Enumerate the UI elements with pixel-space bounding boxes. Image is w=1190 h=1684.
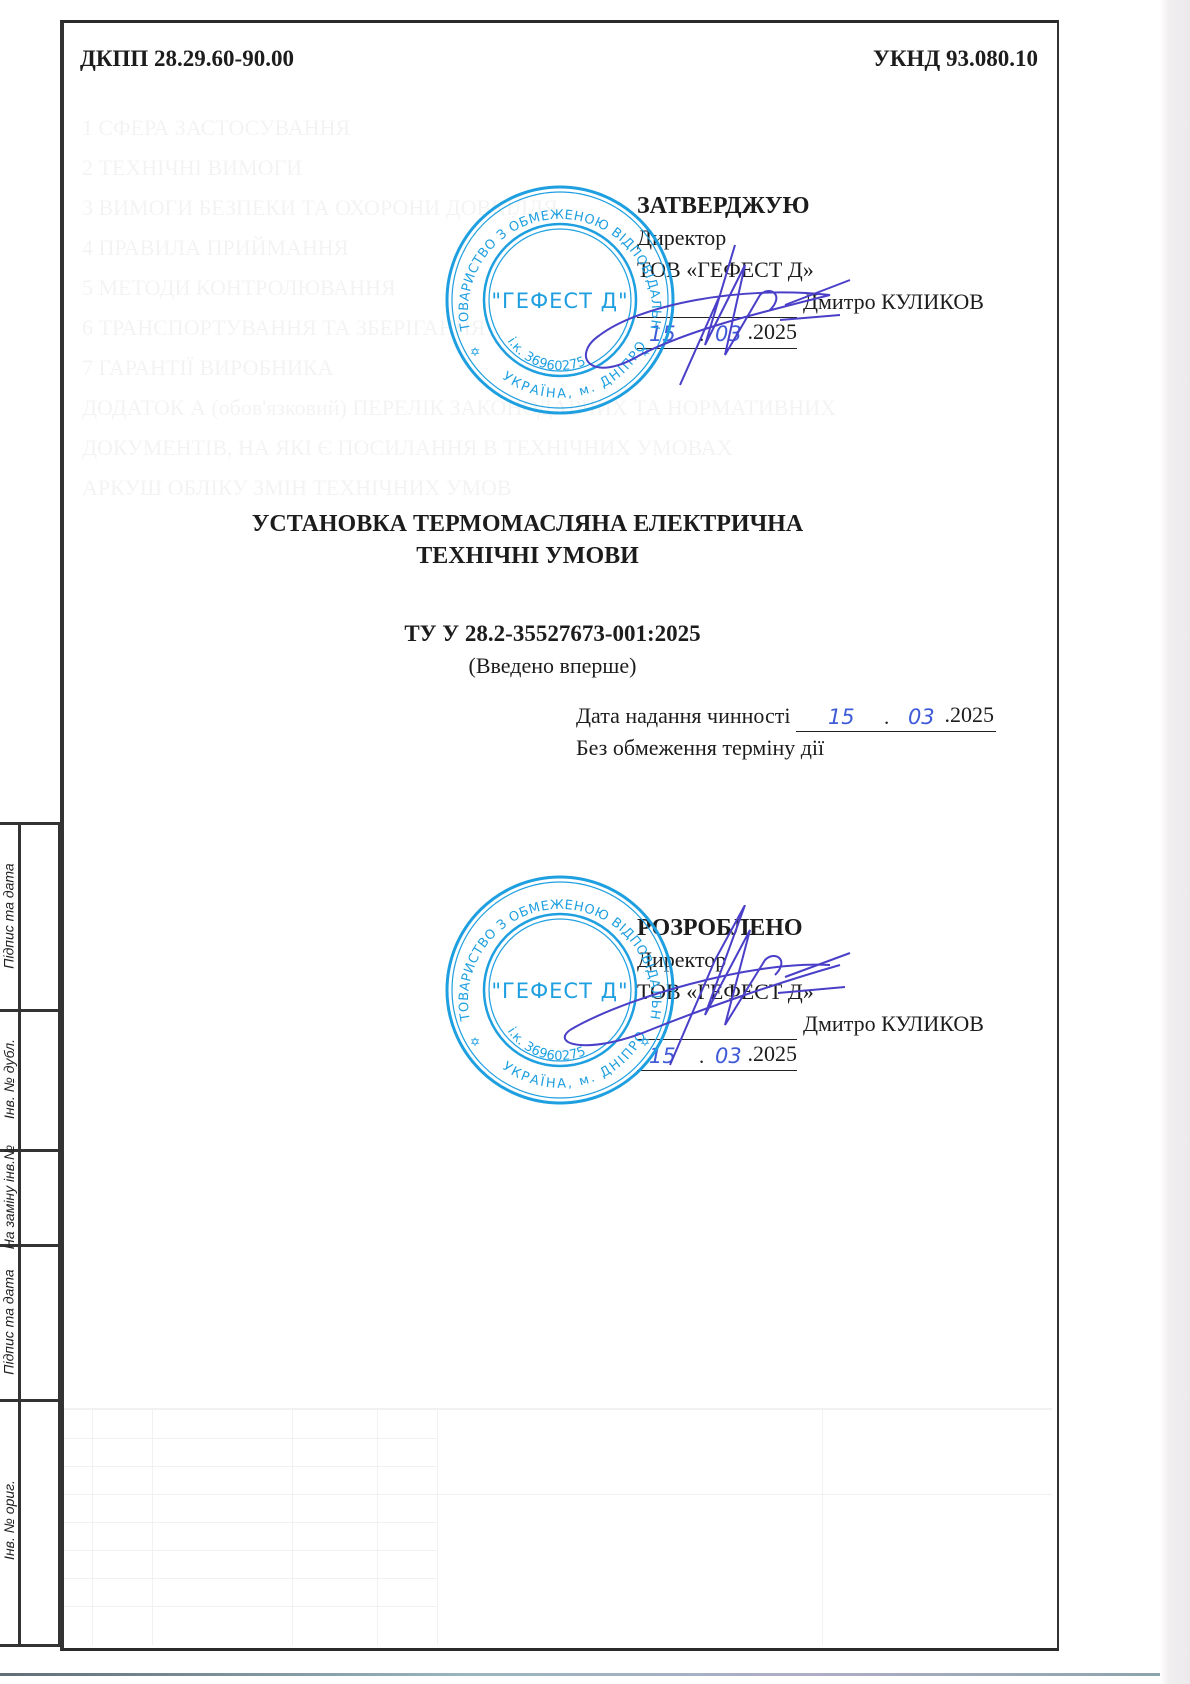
margin-label: Інв. № дубл. — [1, 1039, 17, 1119]
developed-position: Директор — [637, 944, 984, 976]
handwritten-day: 15 — [649, 1040, 676, 1072]
handwritten-month: 03 — [715, 318, 742, 350]
approval-position: Директор — [637, 222, 984, 254]
term-note: Без обмеження терміну дії — [576, 732, 996, 764]
handwritten-month: 03 — [715, 1040, 742, 1072]
spec-number: ТУ У 28.2-35527673-001:2025 — [50, 618, 1055, 650]
edition-note: (Введено вперше) — [50, 650, 1055, 682]
approval-signature-row: Дмитро КУЛИКОВ — [637, 286, 984, 318]
developed-heading: РОЗРОБЛЕНО — [637, 912, 984, 944]
uknd-code: УКНД 93.080.10 — [873, 46, 1038, 72]
approval-year: .2025 — [748, 316, 798, 348]
scan-bottom-edge — [0, 1673, 1160, 1676]
margin-label: На заміну інв.№ — [1, 1144, 17, 1248]
margin-label: Інв. № ориг. — [1, 1480, 17, 1560]
signature-line — [637, 293, 797, 318]
title-line-1: УСТАНОВКА ТЕРМОМАСЛЯНА ЕЛЕКТРИЧНА — [0, 508, 1055, 540]
validity-year: .2025 — [944, 699, 994, 731]
page-edge-shadow — [1160, 0, 1190, 1684]
validity-month: 03 — [908, 701, 935, 733]
approval-organization: ТОВ «ГЕФЕСТ Д» — [637, 254, 984, 286]
developed-date-line: 15 . 03 .2025 — [637, 1040, 797, 1071]
document-title: УСТАНОВКА ТЕРМОМАСЛЯНА ЕЛЕКТРИЧНА ТЕХНІЧ… — [0, 508, 1055, 572]
margin-cell-signature-date-2: Підпис та дата — [0, 1244, 18, 1399]
approval-date-line: 15 . 03 .2025 — [637, 318, 797, 349]
margin-cell-replacement-inv: На заміну інв.№ — [0, 1149, 18, 1244]
approval-signatory: Дмитро КУЛИКОВ — [803, 286, 984, 318]
validity-label: Дата надання чинності — [576, 703, 790, 728]
developed-organization: ТОВ «ГЕФЕСТ Д» — [637, 976, 984, 1008]
developed-block: РОЗРОБЛЕНО Директор ТОВ «ГЕФЕСТ Д» Дмитр… — [637, 912, 984, 1071]
margin-label: Підпис та дата — [1, 1269, 17, 1374]
title-line-2: ТЕХНІЧНІ УМОВИ — [0, 540, 1055, 572]
validity-block: Дата надання чинності 15 . 03 .2025 Без … — [576, 700, 996, 764]
approval-heading: ЗАТВЕРДЖУЮ — [637, 190, 984, 222]
margin-label: Підпис та дата — [1, 863, 17, 968]
approval-block: ЗАТВЕРДЖУЮ Директор ТОВ «ГЕФЕСТ Д» Дмитр… — [637, 190, 984, 349]
handwritten-day: 15 — [649, 318, 676, 350]
signature-line — [637, 1015, 797, 1040]
validity-date-line: 15 . 03 .2025 — [796, 705, 996, 732]
dkpp-code: ДКПП 28.29.60-90.00 — [80, 46, 294, 72]
spec-block: ТУ У 28.2-35527673-001:2025 (Введено впе… — [0, 618, 1055, 682]
developed-year: .2025 — [748, 1038, 798, 1070]
margin-register-strip: Підпис та дата Інв. № дубл. На заміну ін… — [0, 822, 62, 1644]
developed-signature-row: Дмитро КУЛИКОВ — [637, 1008, 984, 1040]
margin-cell-original-inv: Інв. № ориг. — [0, 1399, 18, 1641]
margin-cell-duplicate-inv: Інв. № дубл. — [0, 1009, 18, 1149]
validity-day: 15 — [828, 701, 855, 733]
margin-cell-signature-date: Підпис та дата — [0, 822, 18, 1009]
developed-signatory: Дмитро КУЛИКОВ — [803, 1008, 984, 1040]
